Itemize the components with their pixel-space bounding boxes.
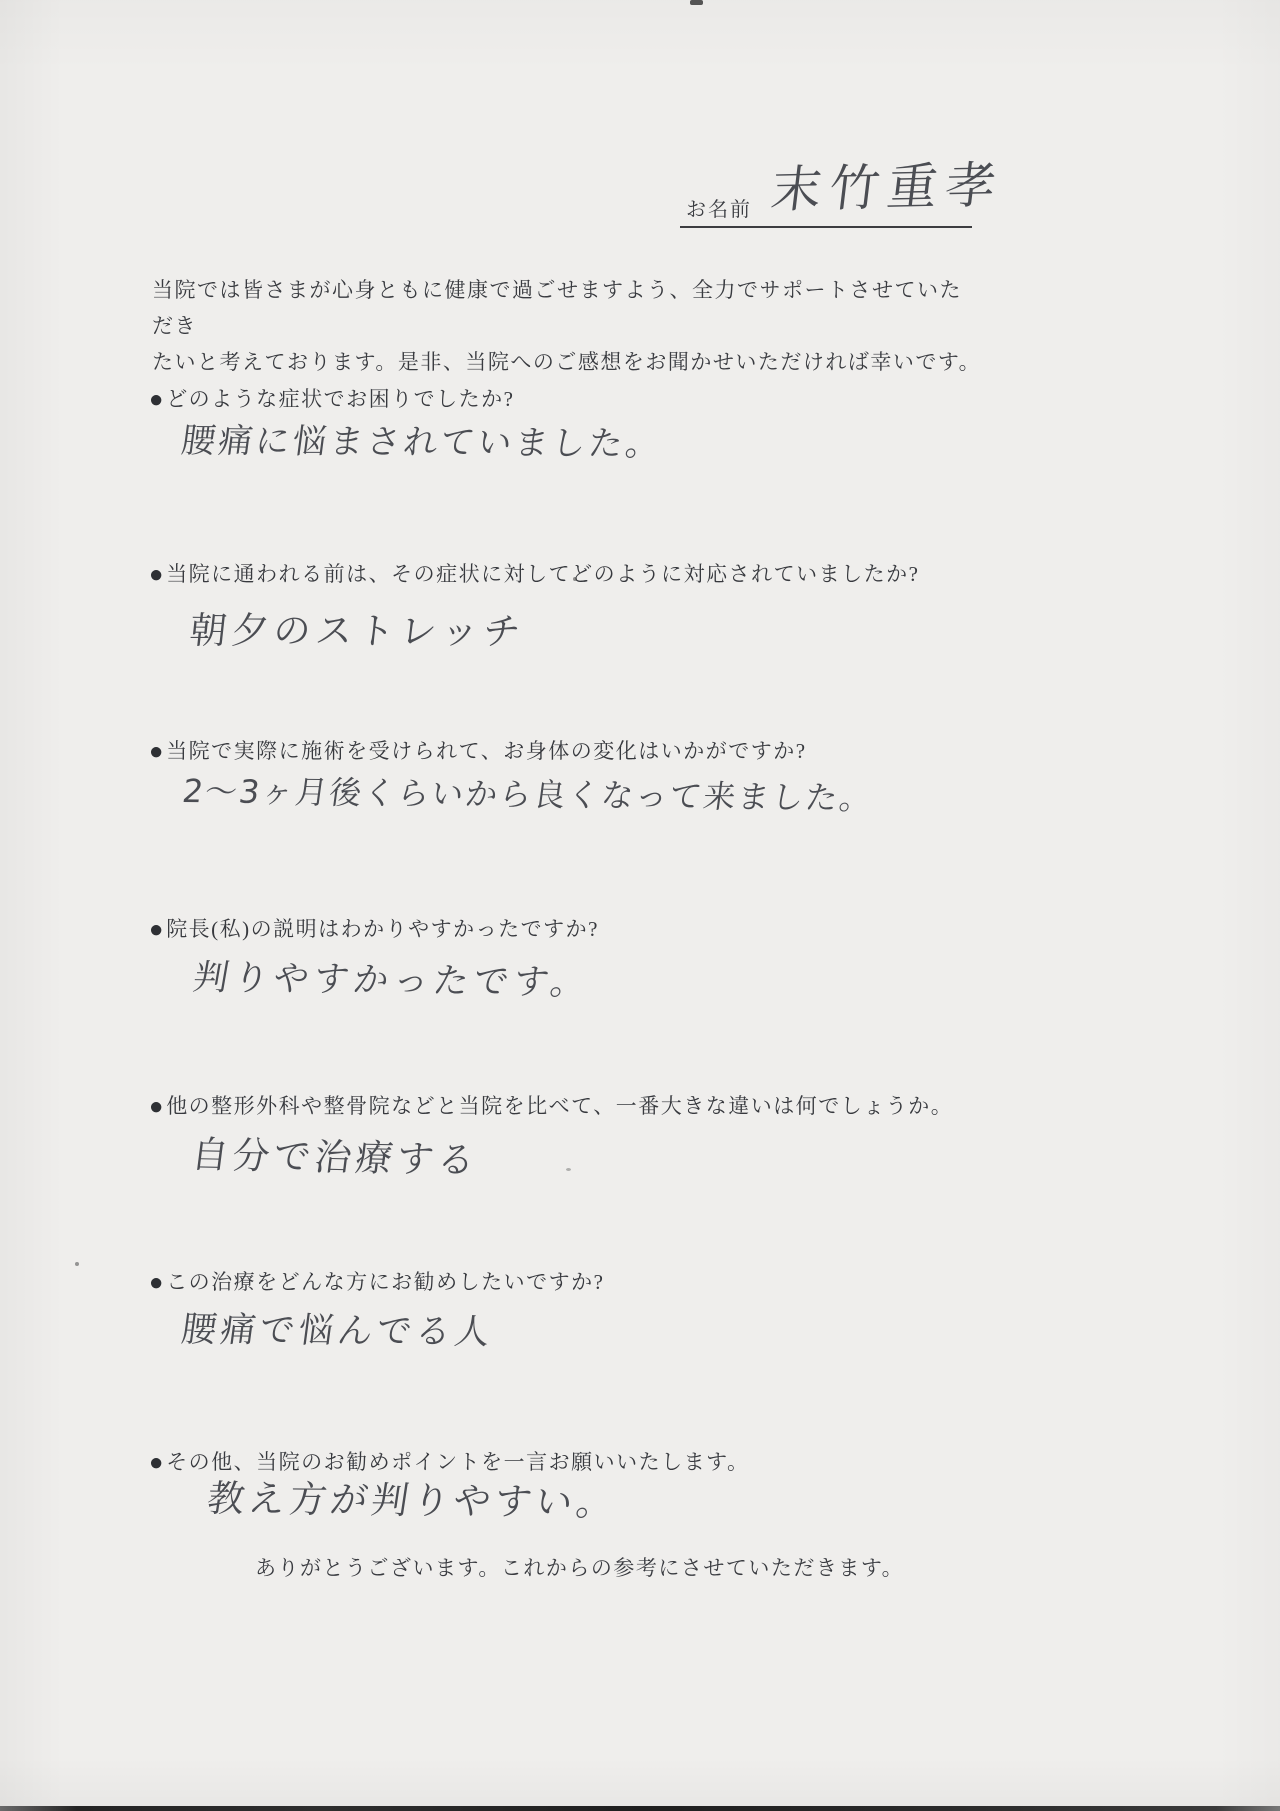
bullet-icon: ● [149, 915, 165, 944]
handwritten-answer-3: 2〜3ヶ月後くらいから良くなって来ました。 [180, 766, 877, 819]
question-2: ●当院に通われる前は、その症状に対してどのように対応されていましたか? [150, 558, 920, 588]
question-2-label: 当院に通われる前は、その症状に対してどのように対応されていましたか? [166, 562, 919, 586]
scan-speck [236, 744, 239, 747]
handwritten-answer-5: 自分で治療する [189, 1124, 483, 1184]
question-6: ●この治療をどんな方にお勧めしたいですか? [150, 1266, 605, 1296]
intro-line-2: たいと考えております。是非、当院へのご感想をお聞かせいただければ幸いです。 [152, 350, 981, 374]
question-6-label: この治療をどんな方にお勧めしたいですか? [166, 1270, 604, 1294]
name-field-label: お名前 [686, 193, 752, 222]
question-4-label: 院長(私)の説明はわかりやすかったですか? [166, 917, 599, 941]
bullet-icon: ● [149, 1092, 165, 1121]
bullet-icon: ● [149, 1268, 165, 1297]
question-3: ●当院で実際に施術を受けられて、お身体の変化はいかがですか? [150, 735, 807, 765]
bullet-icon: ● [149, 737, 165, 766]
intro-paragraph: 当院では皆さまが心身ともに健康で過ごせますよう、全力でサポートさせていただき た… [152, 272, 982, 380]
bullet-icon: ● [149, 560, 165, 589]
bullet-icon: ● [149, 385, 165, 414]
scan-speck [75, 1262, 79, 1266]
handwritten-answer-6: 腰痛で悩んでる人 [179, 1302, 498, 1355]
handwritten-name: 末竹重孝 [768, 145, 1009, 222]
scanned-questionnaire-page: お名前 末竹重孝 当院では皆さまが心身ともに健康で過ごせますよう、全力でサポート… [0, 0, 1280, 1811]
intro-line-1: 当院では皆さまが心身ともに健康で過ごせますよう、全力でサポートさせていただき [152, 278, 962, 338]
question-5: ●他の整形外科や整骨院などと当院を比べて、一番大きな違いは何でしょうか。 [150, 1090, 953, 1120]
handwritten-answer-1: 腰痛に悩まされていました。 [179, 413, 666, 465]
question-1: ●どのような症状でお困りでしたか? [150, 383, 515, 413]
handwritten-answer-2: 朝夕のストレッチ [187, 600, 529, 655]
handwritten-answer-4: 判りやすかったです。 [190, 950, 596, 1005]
bullet-icon: ● [149, 1448, 165, 1477]
question-4: ●院長(私)の説明はわかりやすかったですか? [150, 913, 599, 943]
scan-speck [690, 0, 703, 5]
scan-speck [573, 577, 577, 581]
handwritten-answer-7: 教え方が判りやすい。 [204, 1468, 622, 1526]
scan-edge-line [0, 1806, 1280, 1811]
question-3-label: 当院で実際に施術を受けられて、お身体の変化はいかがですか? [166, 739, 806, 763]
question-1-label: どのような症状でお困りでしたか? [166, 387, 514, 411]
question-5-label: 他の整形外科や整骨院などと当院を比べて、一番大きな違いは何でしょうか。 [166, 1094, 953, 1118]
scan-speck [566, 1168, 571, 1171]
closing-thanks-line: ありがとうございます。これからの参考にさせていただきます。 [255, 1552, 904, 1582]
